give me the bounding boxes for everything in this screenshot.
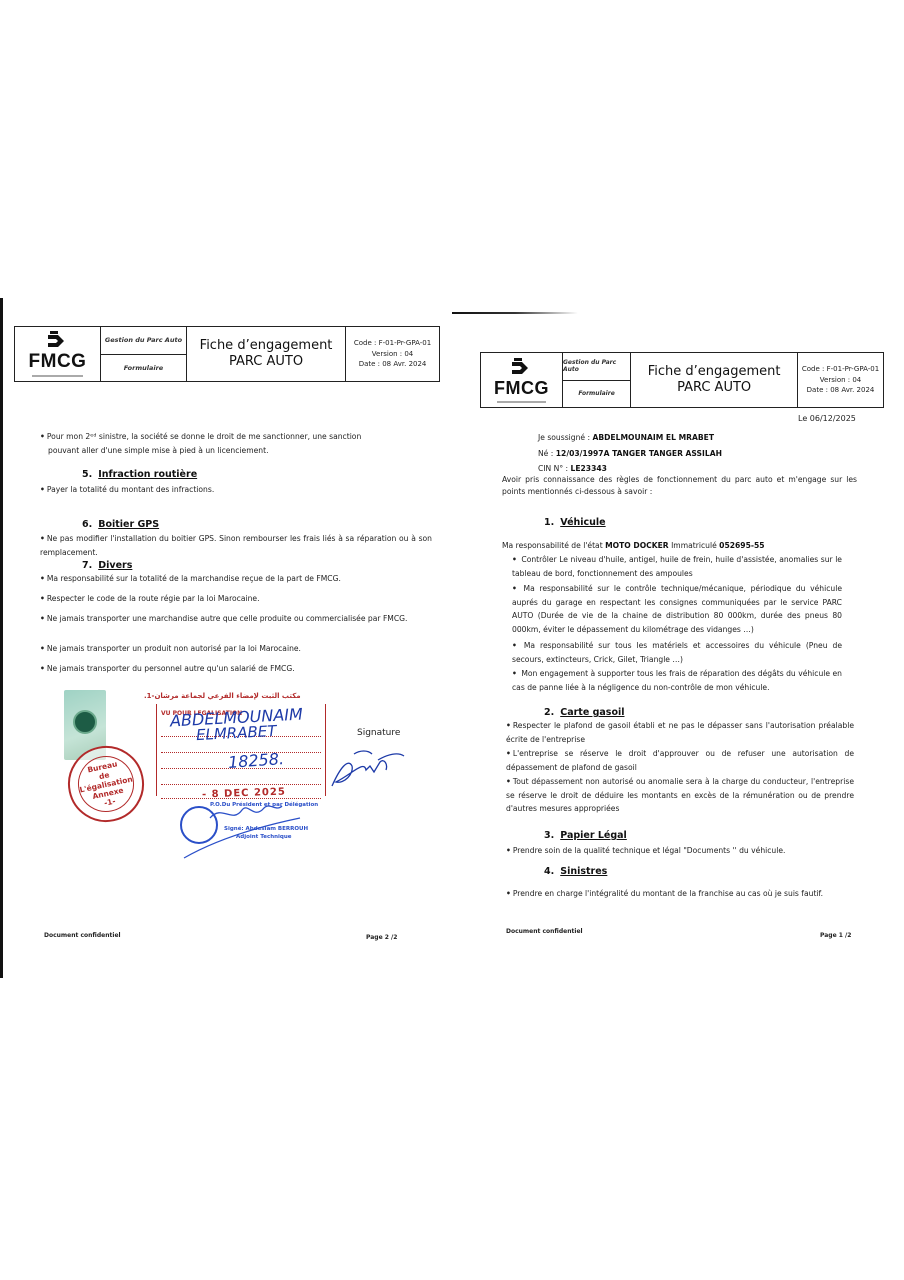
section-7-bullet: •Ne jamais transporter une marchandise a… [40, 612, 432, 626]
doc-version: Version : 04 [820, 375, 861, 386]
section-5-title: 5.Infraction routière [82, 469, 197, 480]
title-line-1: Fiche d’engagement [200, 338, 333, 354]
doc-type-label: Formulaire [563, 381, 630, 408]
title-line-2: PARC AUTO [229, 354, 303, 370]
section-1-bullet: • Ma responsabilité sur tous les matérie… [512, 639, 842, 666]
doc-code: Code : F-01-Pr-GPA-01 [802, 364, 879, 375]
logo-text: FMCG [494, 378, 549, 399]
section-6-title: 6.Boitier GPS [82, 519, 159, 530]
footer-page-number: Page 2 /2 [366, 934, 397, 941]
section-7-title: 7.Divers [82, 560, 132, 571]
title-line-2: PARC AUTO [677, 380, 751, 396]
document-title: Fiche d’engagement PARC AUTO [631, 353, 798, 407]
logo-tagline [497, 401, 546, 403]
section-1-bullet: • Ma responsabilité sur le contrôle tech… [512, 582, 842, 636]
footer-confidential: Document confidentiel [506, 928, 583, 935]
section-1-bullet: • Mon engagement à supporter tous les fr… [512, 667, 842, 694]
section-4-bullet: •Prendre en charge l'intégralité du mont… [506, 887, 854, 901]
document-meta: Code : F-01-Pr-GPA-01 Version : 04 Date … [798, 353, 883, 407]
soussigne-line: Je soussigné : ABDELMOUNAIM EL MRABET [538, 431, 714, 444]
section-1-title: 1.Véhicule [544, 517, 606, 528]
section-3-title: 3.Papier Légal [544, 830, 627, 841]
intro-bullet-cont: pouvant aller d'une simple mise à pied à… [48, 444, 428, 458]
fmcg-arrow-icon [510, 358, 532, 378]
intro-paragraph: Avoir pris connaissance des règles de fo… [502, 474, 857, 498]
legalization-arabic-header: مكتب الثبت لإمضاء الفرعي لجماعة مرشان-1. [144, 692, 301, 700]
vehicle-responsibility-line: Ma responsabilité de l'état MOTO DOCKER … [502, 539, 765, 552]
document-header: FMCG Gestion du Parc Auto Formulaire Fic… [480, 352, 884, 408]
section-2-bullet: •L'entreprise se réserve le droit d'appr… [506, 747, 854, 774]
birth-line: Né : 12/03/1997A TANGER TANGER ASSILAH [538, 447, 722, 460]
document-meta: Code : F-01-Pr-GPA-01 Version : 04 Date … [346, 327, 439, 381]
title-line-1: Fiche d’engagement [648, 364, 781, 380]
fmcg-arrow-icon [46, 331, 68, 351]
section-1-bullet: • Contrôler Le niveau d'huile, antigel, … [512, 553, 842, 580]
scan-edge-bar [0, 298, 3, 978]
scan-top-rule [452, 312, 578, 314]
logo-text: FMCG [29, 351, 87, 373]
section-7-bullet: •Ma responsabilité sur la totalité de la… [40, 572, 432, 586]
section-2-title: 2.Carte gasoil [544, 707, 625, 718]
section-3-bullet: •Prendre soin de la qualité technique et… [506, 844, 854, 858]
section-7-bullet: •Respecter le code de la route régie par… [40, 592, 432, 606]
section-2-bullet: •Tout dépassement non autorisé ou anomal… [506, 775, 854, 816]
logo-tagline [32, 375, 83, 377]
fmcg-logo: FMCG [481, 353, 563, 407]
section-2-bullet: •Respecter le plafond de gasoil établi e… [506, 719, 854, 746]
doc-type-label: Formulaire [101, 355, 186, 382]
document-title: Fiche d’engagement PARC AUTO [187, 327, 346, 381]
section-4-title: 4.Sinistres [544, 866, 607, 877]
letter-date: Le 06/12/2025 [798, 412, 856, 425]
department-label: Gestion du Parc Auto [101, 327, 186, 355]
doc-code: Code : F-01-Pr-GPA-01 [354, 338, 431, 349]
doc-date: Date : 08 Avr. 2024 [359, 359, 427, 370]
page-1: FMCG Gestion du Parc Auto Formulaire Fic… [480, 352, 904, 952]
emblem-icon [73, 710, 97, 734]
handwritten-number: 18258. [227, 749, 284, 772]
section-5-bullet: •Payer la totalité du montant des infrac… [40, 483, 430, 497]
footer-page-number: Page 1 /2 [820, 932, 851, 939]
doc-date: Date : 08 Avr. 2024 [807, 385, 875, 396]
department-label: Gestion du Parc Auto [563, 353, 630, 381]
fmcg-logo: FMCG [15, 327, 101, 381]
section-6-bullet: •Ne pas modifier l'installation du boiti… [40, 532, 432, 559]
employee-signature [326, 744, 406, 790]
doc-version: Version : 04 [372, 349, 413, 360]
document-header: FMCG Gestion du Parc Auto Formulaire Fic… [14, 326, 440, 382]
page-2: FMCG Gestion du Parc Auto Formulaire Fic… [14, 326, 454, 956]
intro-bullet: •Pour mon 2ᵉᵈ sinistre, la société se do… [40, 430, 430, 444]
section-7-bullet: •Ne jamais transporter du personnel autr… [40, 662, 432, 676]
official-signature [182, 798, 302, 862]
section-7-bullet: •Ne jamais transporter un produit non au… [40, 642, 432, 656]
signature-label: Signature [357, 728, 400, 738]
footer-confidential: Document confidentiel [44, 932, 121, 939]
